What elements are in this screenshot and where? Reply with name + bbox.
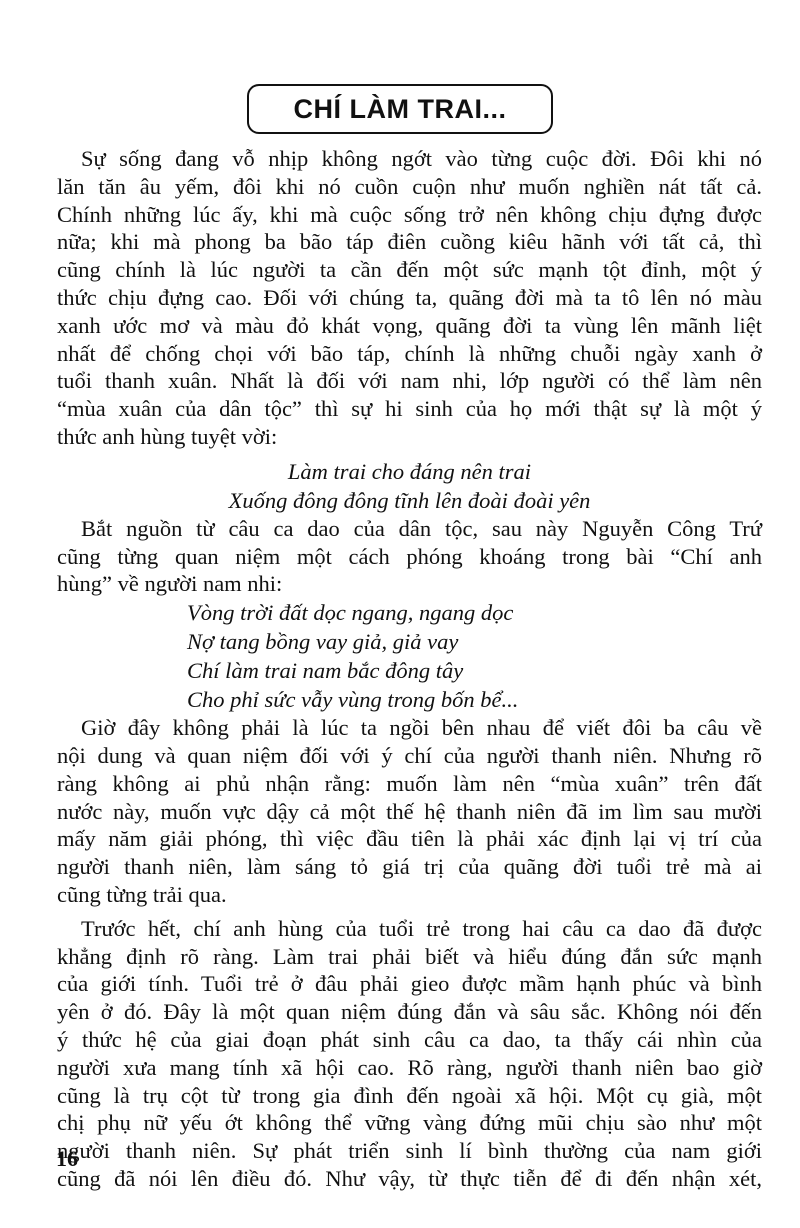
verse-1: Làm trai cho đáng nên trai Xuống đông đô…: [57, 457, 762, 515]
text-line: “mùa xuân của dân tộc” thì sự hi sinh củ…: [57, 395, 762, 423]
text-line: cũng từng trải qua.: [57, 881, 762, 909]
text-line: mấy năm giải phóng, thì việc đầu tiên là…: [57, 825, 762, 853]
page-number: 16: [56, 1146, 78, 1172]
paragraph-2: Bắt nguồn từ câu ca dao của dân tộc, sau…: [57, 515, 762, 598]
text-line: nội dung và quan niệm đối với ý chí của …: [57, 742, 762, 770]
text-line: thức chịu đựng cao. Đối với chúng ta, qu…: [57, 284, 762, 312]
text-line: khẳng định rõ ràng. Làm trai phải biết v…: [57, 943, 762, 971]
text-line: hùng” về người nam nhi:: [57, 570, 762, 598]
text-line: yên ở đó. Đây là một quan niệm đúng đắn …: [57, 998, 762, 1026]
text-line: của giới tính. Tuổi trẻ ở đâu phải gieo …: [57, 970, 762, 998]
text-line: Bắt nguồn từ câu ca dao của dân tộc, sau…: [57, 515, 762, 543]
page-body: Sự sống đang vỗ nhịp không ngớt vào từng…: [57, 145, 762, 1193]
verse-line: Chí làm trai nam bắc đông tây: [57, 656, 762, 685]
text-line: cũng từng quan niệm một cách phóng khoán…: [57, 543, 762, 571]
paragraph-1: Sự sống đang vỗ nhịp không ngớt vào từng…: [57, 145, 762, 451]
text-line: nước này, muốn vực dậy cả một thế hệ tha…: [57, 798, 762, 826]
text-line: Giờ đây không phải là lúc ta ngồi bên nh…: [57, 714, 762, 742]
verse-line: Làm trai cho đáng nên trai: [57, 457, 762, 486]
text-line: nữa; khi mà phong ba bão táp điên cuồng …: [57, 228, 762, 256]
text-line: cũng là trụ cột từ trong gia đình đến ng…: [57, 1082, 762, 1110]
text-line: cũng chính là lúc người ta cần đến một s…: [57, 256, 762, 284]
text-line: xanh ước mơ và màu đỏ khát vọng, quãng đ…: [57, 312, 762, 340]
text-line: lăn tăn âu yếm, đôi khi nó cuồn cuộn như…: [57, 173, 762, 201]
paragraph-3: Giờ đây không phải là lúc ta ngồi bên nh…: [57, 714, 762, 909]
verse-2: Vòng trời đất dọc ngang, ngang dọc Nợ ta…: [57, 598, 762, 714]
text-line: thức anh hùng tuyệt vời:: [57, 423, 762, 451]
verse-line: Vòng trời đất dọc ngang, ngang dọc: [57, 598, 762, 627]
paragraph-4: Trước hết, chí anh hùng của tuổi trẻ tro…: [57, 915, 762, 1193]
verse-line: Nợ tang bồng vay giả, giả vay: [57, 627, 762, 656]
verse-line: Xuống đông đông tĩnh lên đoài đoài yên: [57, 486, 762, 515]
chapter-title-box: CHÍ LÀM TRAI...: [247, 84, 553, 134]
text-line: tuổi thanh xuân. Nhất là đối với nam nhi…: [57, 367, 762, 395]
text-line: người xưa mang tính xã hội cao. Rõ ràng,…: [57, 1054, 762, 1082]
text-line: Sự sống đang vỗ nhịp không ngớt vào từng…: [57, 145, 762, 173]
text-line: ý thức hệ của giai đoạn phát sinh câu ca…: [57, 1026, 762, 1054]
text-line: Trước hết, chí anh hùng của tuổi trẻ tro…: [57, 915, 762, 943]
verse-line: Cho phỉ sức vẫy vùng trong bốn bể...: [57, 685, 762, 714]
text-line: chị phụ nữ yếu ớt không thể vững vàng đứ…: [57, 1109, 762, 1137]
text-line: nhất để chống chọi với bão táp, chính là…: [57, 340, 762, 368]
text-line: người thanh niên, làm sáng tỏ giá trị củ…: [57, 853, 762, 881]
chapter-title: CHÍ LÀM TRAI...: [294, 94, 507, 125]
text-line: người thanh niên. Sự phát triển sinh lí …: [57, 1137, 762, 1165]
text-line: cũng đã nói lên điều đó. Như vậy, từ thự…: [57, 1165, 762, 1193]
text-line: Chính những lúc ấy, khi mà cuộc sống trở…: [57, 201, 762, 229]
text-line: ràng không ai phủ nhận rằng: muốn làm nê…: [57, 770, 762, 798]
